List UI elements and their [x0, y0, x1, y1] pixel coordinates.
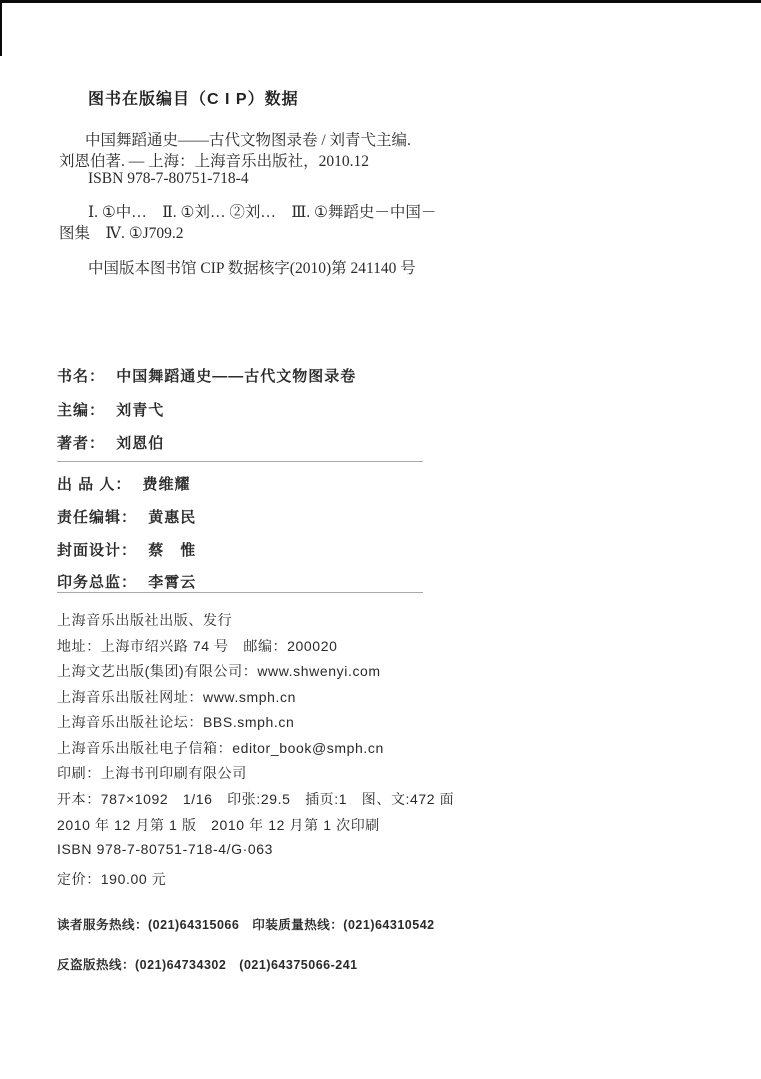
cover-designer-label: 封面设计：	[57, 539, 137, 560]
cip-line-publisher: 刘恩伯著. — 上海：上海音乐出版社，2010.12	[59, 149, 369, 171]
producer-row: 出 品 人： 费维耀	[57, 473, 191, 494]
anti-piracy-hotline-line: 反盗版热线：(021)64734302 (021)64375066-241	[57, 955, 358, 973]
chief-editor-label: 主编：	[57, 399, 105, 420]
cip-classification-line-2: 图集 Ⅳ. ①J709.2	[59, 221, 184, 243]
print-supervisor-label: 印务总监：	[57, 571, 137, 592]
author-label: 著者：	[57, 432, 105, 453]
publisher-group-website-line: 上海文艺出版(集团)有限公司：www.shwenyi.com	[57, 661, 381, 681]
edition-printing-date-line: 2010 年 12 月第 1 版 2010 年 12 月第 1 次印刷	[57, 815, 380, 835]
producer-label: 出 品 人：	[57, 473, 131, 494]
isbn-line: ISBN 978-7-80751-718-4/G·063	[57, 841, 273, 857]
scan-artifact-left-edge	[0, 0, 2, 56]
cover-designer-value: 蔡 惟	[148, 539, 196, 560]
cip-line-title: 中国舞蹈通史——古代文物图录卷 / 刘青弋主编.	[85, 128, 411, 150]
publisher-website-line: 上海音乐出版社网址：www.smph.cn	[57, 687, 296, 707]
author-row: 著者： 刘恩伯	[57, 432, 164, 453]
print-supervisor-row: 印务总监： 李霄云	[57, 571, 196, 592]
publisher-forum-line: 上海音乐出版社论坛：BBS.smph.cn	[57, 712, 294, 732]
divider-line-1	[57, 461, 423, 462]
publisher-issuer-line: 上海音乐出版社出版、发行	[57, 610, 232, 630]
print-supervisor-value: 李霄云	[148, 571, 196, 592]
format-sheets-line: 开本：787×1092 1/16 印张:29.5 插页:1 图、文:472 面	[57, 789, 454, 809]
cip-classification-line-1: Ⅰ. ①中… Ⅱ. ①刘… ②刘… Ⅲ. ①舞蹈史－中国－	[88, 200, 436, 222]
copyright-page: 图书在版编目（C I P）数据 中国舞蹈通史——古代文物图录卷 / 刘青弋主编.…	[0, 0, 761, 1079]
book-title-label: 书名：	[57, 365, 105, 386]
divider-line-2	[57, 592, 423, 593]
chief-editor-row: 主编： 刘青弋	[57, 399, 164, 420]
responsible-editor-value: 黄惠民	[148, 506, 196, 527]
publisher-address-line: 地址：上海市绍兴路 74 号 邮编：200020	[57, 636, 337, 656]
cover-designer-row: 封面设计： 蔡 惟	[57, 539, 196, 560]
author-value: 刘恩伯	[116, 432, 164, 453]
responsible-editor-row: 责任编辑： 黄惠民	[57, 506, 196, 527]
printer-line: 印刷：上海书刊印刷有限公司	[57, 763, 247, 783]
reader-service-hotline-line: 读者服务热线：(021)64315066 印装质量热线：(021)6431054…	[57, 915, 435, 933]
cip-heading: 图书在版编目（C I P）数据	[88, 86, 299, 109]
cip-registry-number: 中国版本图书馆 CIP 数据核字(2010)第 241140 号	[88, 256, 416, 278]
publisher-email-line: 上海音乐出版社电子信箱：editor_book@smph.cn	[57, 738, 384, 758]
book-title-value: 中国舞蹈通史——古代文物图录卷	[116, 365, 356, 386]
chief-editor-value: 刘青弋	[116, 399, 164, 420]
price-line: 定价：190.00 元	[57, 869, 166, 889]
cip-line-isbn: ISBN 978-7-80751-718-4	[88, 170, 249, 188]
producer-value: 费维耀	[143, 473, 191, 494]
scan-artifact-top-edge	[0, 0, 761, 3]
book-title-row: 书名： 中国舞蹈通史——古代文物图录卷	[57, 365, 356, 386]
responsible-editor-label: 责任编辑：	[57, 506, 137, 527]
